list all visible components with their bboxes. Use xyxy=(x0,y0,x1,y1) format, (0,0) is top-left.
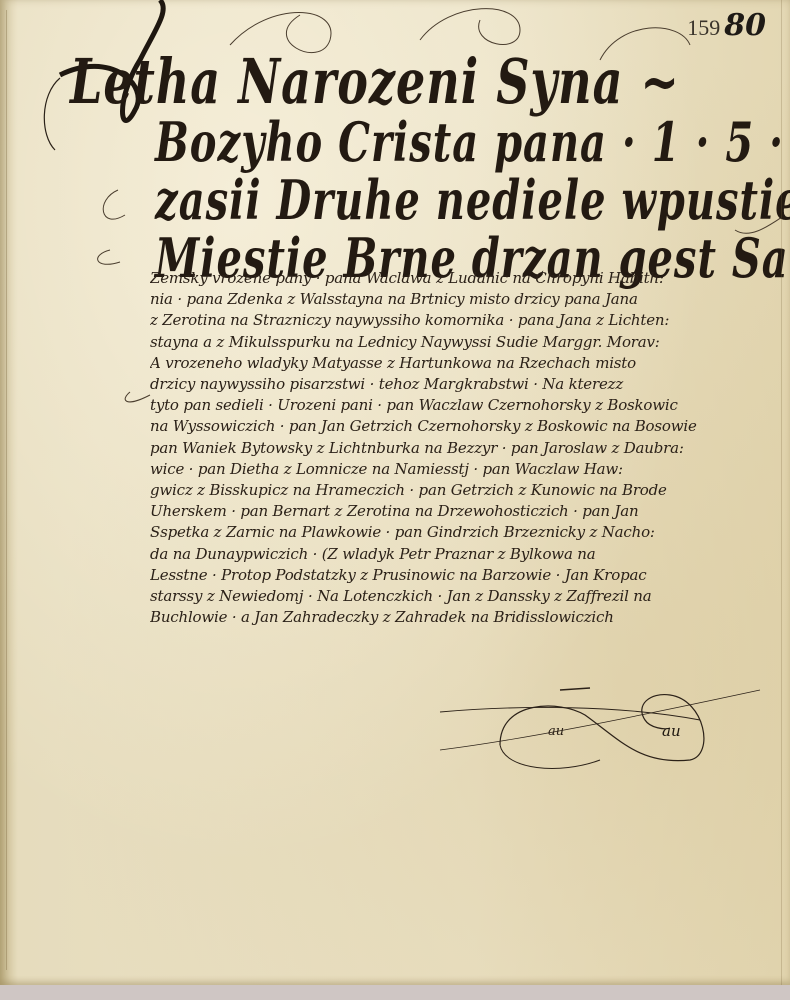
manuscript-body: Zemsky vrozene pany · pana Waclawa z Lud… xyxy=(150,268,750,628)
body-line: tyto pan sedieli · Urozeni pani · pan Wa… xyxy=(150,395,750,416)
old-folio-number: 159 xyxy=(687,15,720,41)
signature-mark: au xyxy=(662,722,681,740)
body-line: z Zerotina na Strazniczy naywyssiho komo… xyxy=(150,310,750,331)
body-line: stayna a z Mikulsspurku na Lednicy Naywy… xyxy=(150,332,750,353)
body-line: wice · pan Dietha z Lomnicze na Namiesst… xyxy=(150,459,750,480)
new-folio-number: 80 xyxy=(724,8,766,43)
calligraphic-heading: Letha Narozeni Syna ~ Bozyho Crista pana… xyxy=(70,45,770,285)
body-line: Sspetka z Zarnic na Plawkowie · pan Gind… xyxy=(150,522,750,543)
body-line: da na Dunaypwiczich · (Z wladyk Petr Pra… xyxy=(150,544,750,565)
body-line: A vrozeneho wladyky Matyasse z Hartunkow… xyxy=(150,353,750,374)
body-line: Zemsky vrozene pany · pana Waclawa z Lud… xyxy=(150,268,750,289)
body-line: drzicy naywyssiho pisarzstwi · tehoz Mar… xyxy=(150,374,750,395)
body-line: Buchlowie · a Jan Zahradeczky z Zahradek… xyxy=(150,607,750,628)
signature-mark: au xyxy=(548,724,564,739)
body-line: gwicz z Bisskupicz na Hrameczich · pan G… xyxy=(150,480,750,501)
manuscript-page: 159 80 Letha Narozeni Syna ~ Bozyho Cris… xyxy=(0,0,790,985)
body-line: Uherskem · pan Bernart z Zerotina na Drz… xyxy=(150,501,750,522)
body-line: na Wyssowiczich · pan Jan Getrzich Czern… xyxy=(150,416,750,437)
body-line: starssy z Newiedomj · Na Lotenczkich · J… xyxy=(150,586,750,607)
scan-background-strip xyxy=(0,985,790,1000)
body-line: pan Waniek Bytowsky z Lichtnburka na Bez… xyxy=(150,438,750,459)
body-line: nia · pana Zdenka z Walsstayna na Brtnic… xyxy=(150,289,750,310)
body-line: Lesstne · Protop Podstatzky z Prusinowic… xyxy=(150,565,750,586)
signature-flourish xyxy=(440,688,760,768)
folio-numbers: 159 80 xyxy=(687,8,766,43)
